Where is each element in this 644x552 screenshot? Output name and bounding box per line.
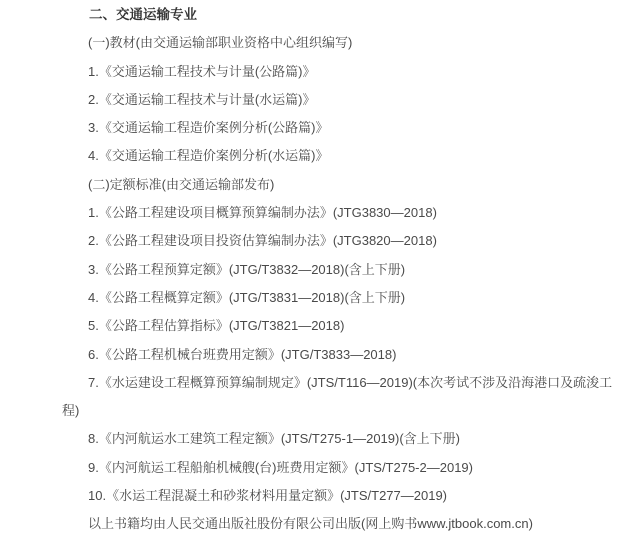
book-list-item: 6.《公路工程机械台班费用定额》(JTG/T3833—2018) <box>62 341 620 369</box>
book-list-item: 7.《水运建设工程概算预算编制规定》(JTS/T116—2019)(本次考试不涉… <box>62 369 620 426</box>
publisher-note: 以上书籍均由人民交通出版社股份有限公司出版(网上购书www.jtbook.com… <box>62 510 620 538</box>
book-list-item: 1.《交通运输工程技术与计量(公路篇)》 <box>62 58 620 86</box>
book-list-item: 1.《公路工程建设项目概算预算编制办法》(JTG3830—2018) <box>62 199 620 227</box>
book-list-item: 8.《内河航运水工建筑工程定额》(JTS/T275-1—2019)(含上下册) <box>62 425 620 453</box>
book-list-item: 5.《公路工程估算指标》(JTG/T3821—2018) <box>62 312 620 340</box>
book-list-item: 3.《公路工程预算定额》(JTG/T3832—2018)(含上下册) <box>62 256 620 284</box>
section-heading-quota-standards: (二)定额标准(由交通运输部发布) <box>62 171 620 199</box>
page-title: 二、交通运输专业 <box>62 1 620 29</box>
book-list-item: 9.《内河航运工程船舶机械艘(台)班费用定额》(JTS/T275-2—2019) <box>62 454 620 482</box>
book-list-item: 10.《水运工程混凝土和砂浆材料用量定额》(JTS/T277—2019) <box>62 482 620 510</box>
section-heading-textbooks: (一)教材(由交通运输部职业资格中心组织编写) <box>62 29 620 57</box>
book-list-item: 3.《交通运输工程造价案例分析(公路篇)》 <box>62 114 620 142</box>
book-list-item: 2.《公路工程建设项目投资估算编制办法》(JTG3820—2018) <box>62 227 620 255</box>
book-list-item: 4.《公路工程概算定额》(JTG/T3831—2018)(含上下册) <box>62 284 620 312</box>
book-list-item: 2.《交通运输工程技术与计量(水运篇)》 <box>62 86 620 114</box>
document-page: 二、交通运输专业 (一)教材(由交通运输部职业资格中心组织编写) 1.《交通运输… <box>0 0 644 552</box>
book-list-item: 4.《交通运输工程造价案例分析(水运篇)》 <box>62 142 620 170</box>
